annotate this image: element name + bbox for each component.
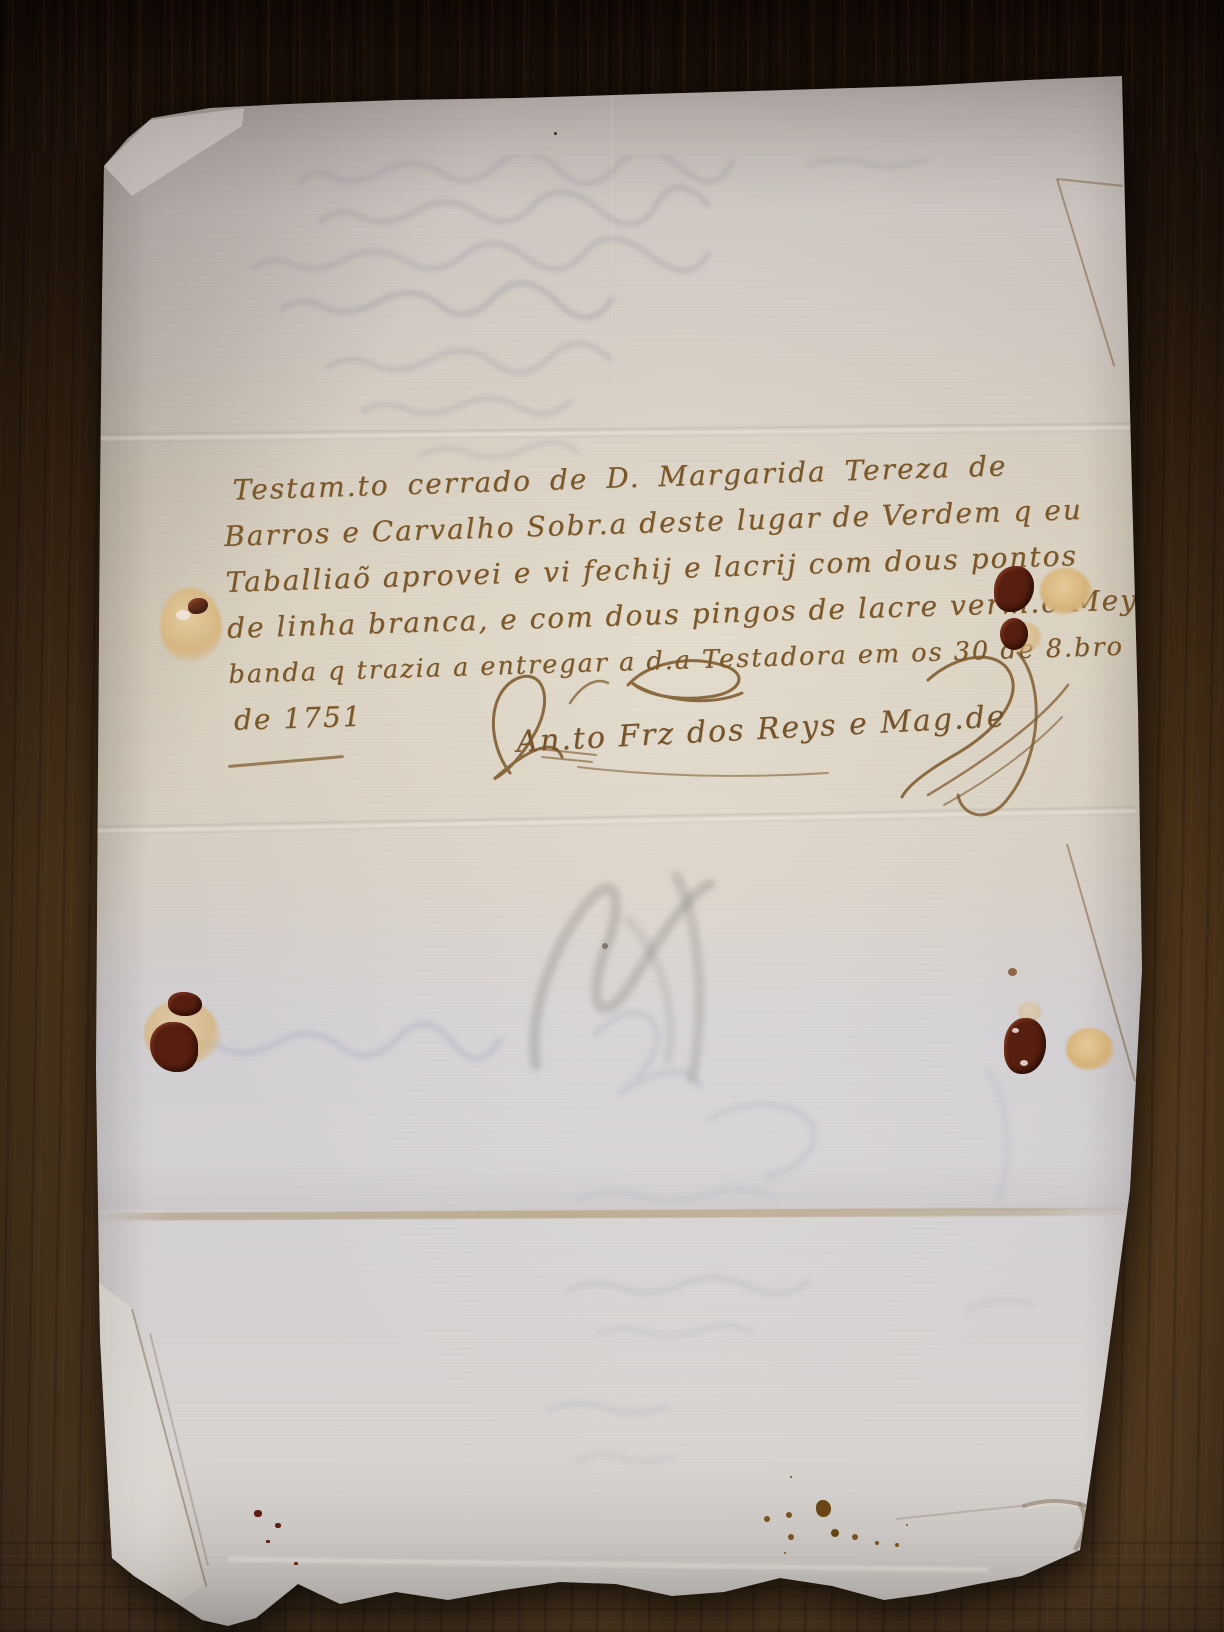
photo-scene: Testam.to cerrado de D. Margarida Tereza…	[0, 0, 1224, 1632]
photo-vignette	[0, 0, 1224, 1632]
